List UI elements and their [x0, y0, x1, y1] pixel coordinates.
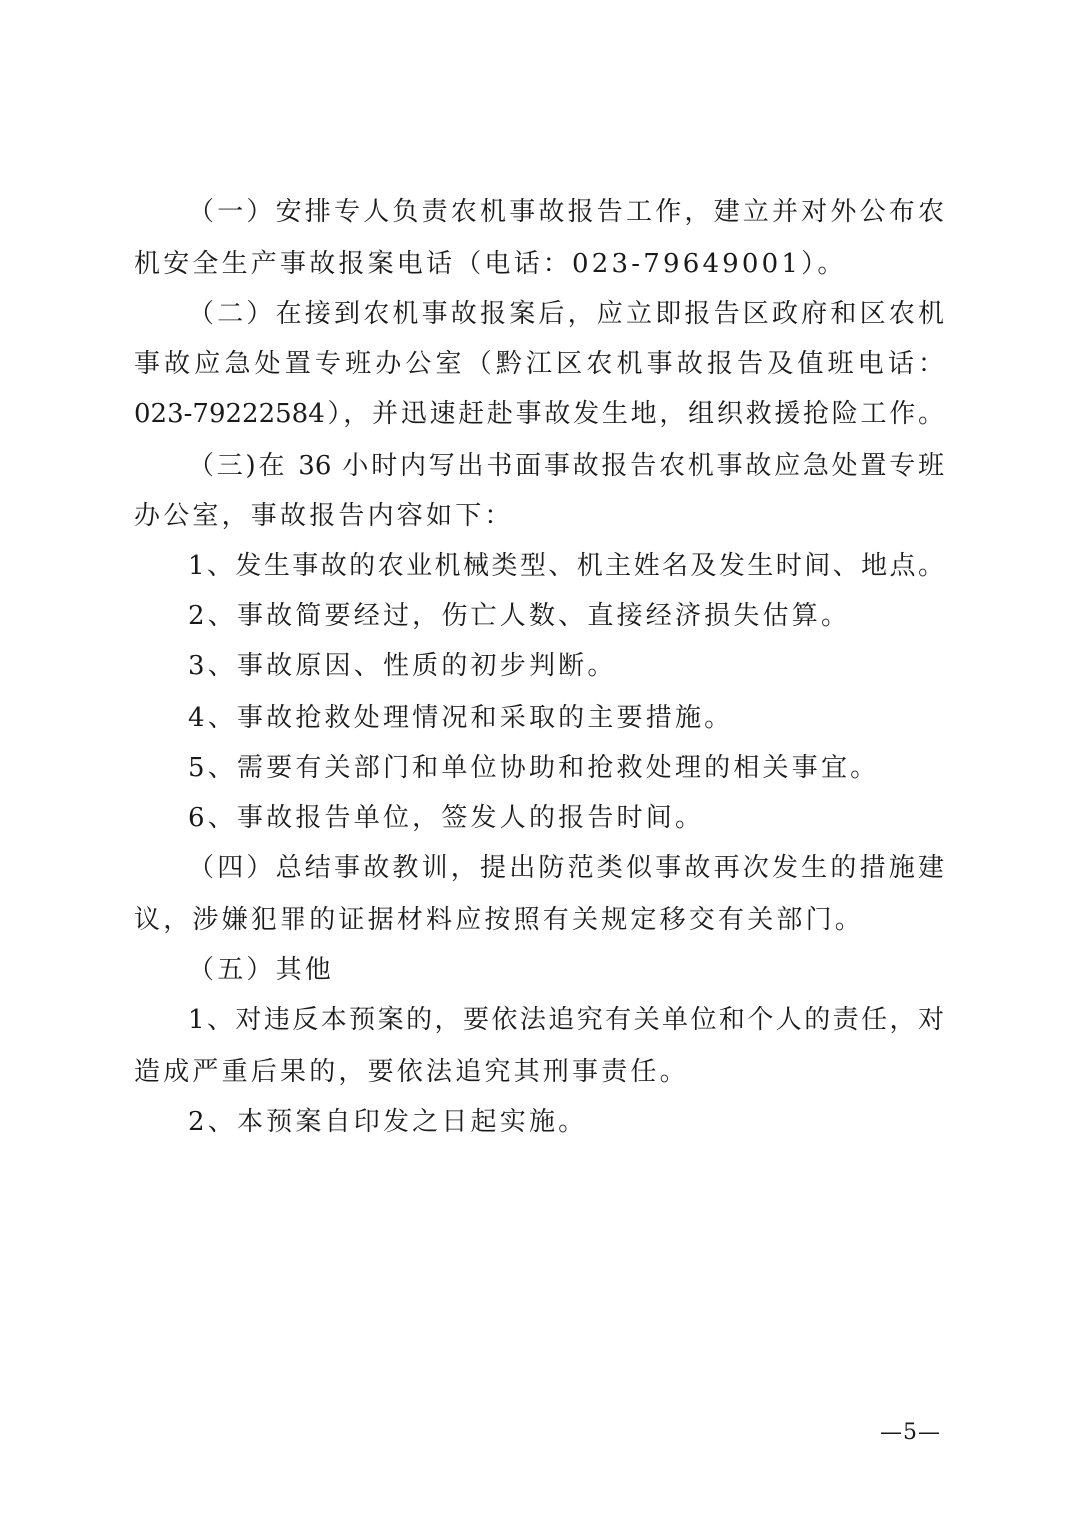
list-item: 2、事故简要经过，伤亡人数、直接经济损失估算。	[188, 600, 944, 632]
list-item: 1、对违反本预案的，要依法追究有关单位和个人的责任，对	[188, 1004, 944, 1036]
list-item: 3、事故原因、性质的初步判断。	[188, 650, 944, 682]
paragraph-line: （三)在 36 小时内写出书面事故报告农机事故应急处置专班	[188, 450, 944, 482]
section-heading: （五）其他	[188, 954, 944, 986]
list-item: 1、发生事故的农业机械类型、机主姓名及发生时间、地点。	[188, 550, 944, 582]
paragraph-line: （一）安排专人负责农机事故报告工作，建立并对外公布农	[188, 196, 944, 228]
list-item: 2、本预案自印发之日起实施。	[188, 1106, 944, 1138]
paragraph-line: 机安全生产事故报案电话（电话：023-79649001）。	[134, 248, 944, 280]
paragraph-line: （二）在接到农机事故报案后，应立即报告区政府和区农机	[188, 298, 944, 330]
paragraph-line: 事故应急处置专班办公室（黔江区农机事故报告及值班电话：	[134, 348, 944, 380]
paragraph-line: 议，涉嫌犯罪的证据材料应按照有关规定移交有关部门。	[134, 904, 944, 936]
paragraph-line: 造成严重后果的，要依法追究其刑事责任。	[134, 1056, 944, 1088]
paragraph-line: 023-79222584），并迅速赶赴事故发生地，组织救援抢险工作。	[134, 398, 944, 430]
list-item: 5、需要有关部门和单位协助和抢救处理的相关事宜。	[188, 752, 944, 784]
paragraph-line: （四）总结事故教训，提出防范类似事故再次发生的措施建	[188, 852, 944, 884]
page-number: —5—	[880, 1418, 941, 1448]
paragraph-line: 办公室，事故报告内容如下：	[134, 500, 944, 532]
list-item: 6、事故报告单位，签发人的报告时间。	[188, 802, 944, 834]
document-page: （一）安排专人负责农机事故报告工作，建立并对外公布农 机安全生产事故报案电话（电…	[0, 0, 1074, 1520]
list-item: 4、事故抢救处理情况和采取的主要措施。	[188, 702, 944, 734]
